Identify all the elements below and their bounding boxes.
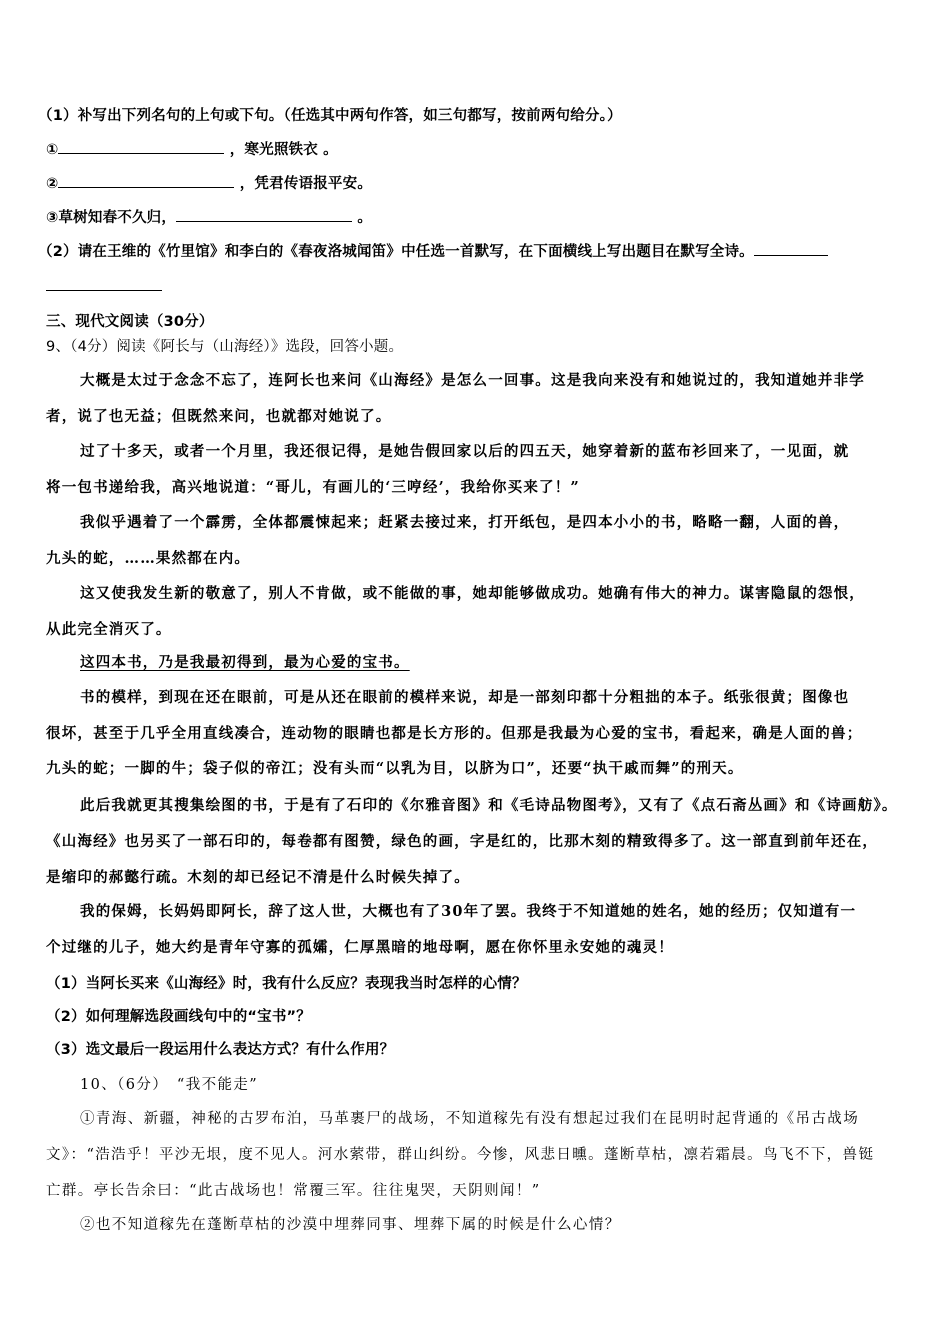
underlined-sentence: 这四本书，乃是我最初得到，最为心爱的宝书。 (80, 651, 410, 672)
answer-blank-3[interactable] (176, 207, 352, 222)
fill-in-item-1: ① ，寒光照铁衣 。 (46, 138, 338, 159)
passage-line: 此后我就更其搜集绘图的书，于是有了石印的《尔雅音图》和《毛诗品物图考》，又有了《… (80, 794, 898, 815)
passage-line: 《山海经》也另买了一部石印的，每卷都有图赞，绿色的画，字是红的，比那木刻的精致得… (46, 830, 878, 851)
passage-line: 九头的蛇；一脚的牛；袋子似的帝江；没有头而“以乳为目，以脐为口”，还要“执干戚而… (46, 757, 744, 778)
q9-subquestion-2: （2）如何理解选段画线句中的“宝书”？ (46, 1005, 311, 1026)
passage-line: 过了十多天，或者一个月里，我还很记得，是她告假回家以后的四五天，她穿着新的蓝布衫… (80, 440, 849, 461)
fill-in-item-3: ③草树知春不久归， 。 (46, 206, 372, 227)
passage-line: 很坏，甚至于几乎全用直线凑合，连动物的眼睛也都是长方形的。但那是我最为心爱的宝书… (46, 722, 862, 743)
passage-line: 我的保姆，长妈妈即阿长，辞了这人世，大概也有了30年了罢。我终于不知道她的姓名，… (80, 900, 856, 921)
item-text: ，寒光照铁衣 。 (224, 142, 337, 158)
fill-in-item-2: ② ，凭君传语报平安。 (46, 172, 372, 193)
passage-line: 文》：“浩浩乎！平沙无垠，度不见人。河水萦带，群山纠纷。今惨，风悲日曛。蓬断草枯… (46, 1143, 874, 1164)
item-number: ① (46, 142, 58, 158)
passage-line: 书的模样，到现在还在眼前，可是从还在眼前的模样来说，却是一部刻印都十分粗拙的本子… (80, 686, 849, 707)
item-text-before: 草树知春不久归， (58, 210, 176, 226)
passage-line: 这又使我发生新的敬意了，别人不肯做，或不能做的事，她却能够做成功。她确有伟大的神… (80, 582, 865, 603)
passage-line: 大概是太过于念念不忘了，连阿长也来问《山海经》是怎么一回事。这是我向来没有和她说… (80, 369, 865, 390)
poem-instruction: （2）请在王维的《竹里馆》和李白的《春夜洛城闻笛》中任选一首默写，在下面横线上写… (38, 240, 828, 261)
q9-subquestion-1: （1）当阿长买来《山海经》时，我有什么反应？表现我当时怎样的心情？ (46, 972, 527, 993)
poem-instruction-text: （2）请在王维的《竹里馆》和李白的《春夜洛城闻笛》中任选一首默写，在下面横线上写… (38, 244, 754, 260)
q9-subquestion-3: （3）选文最后一段运用什么表达方式？有什么作用？ (46, 1038, 394, 1059)
passage-line: 亡群。亭长告余曰：“此古战场也！常覆三军。往往鬼哭，天阴则闻！” (46, 1179, 541, 1200)
item-text: 。 (352, 210, 372, 226)
q10-title: 10、（6分） “我不能走” (80, 1073, 258, 1094)
passage-line: 个过继的儿子，她大约是青年守寡的孤孀，仁厚黑暗的地母啊，愿在你怀里永安她的魂灵！ (46, 936, 674, 957)
passage-line: ①青海、新疆，神秘的古罗布泊，马革裹尸的战场，不知道稼先有没有想起过我们在昆明时… (80, 1107, 859, 1128)
section-heading: 三、现代文阅读（30分） (46, 310, 214, 331)
answer-blank-2[interactable] (58, 173, 234, 188)
passage-line: 从此完全消灭了。 (46, 618, 172, 639)
poem-answer-blank-a[interactable] (754, 241, 828, 256)
fill-in-instruction: （1）补写出下列名句的上句或下句。（任选其中两句作答，如三句都写，按前两句给分。… (38, 104, 622, 125)
passage-line: 将一包书递给我，高兴地说道：“哥儿，有画儿的‘三哼经’，我给你买来了！” (46, 476, 580, 497)
passage-line: 是缩印的郝懿行疏。木刻的却已经记不清是什么时候失掉了。 (46, 866, 470, 887)
passage-line: 九头的蛇，……果然都在内。 (46, 547, 250, 568)
passage-line: 者，说了也无益；但既然来问，也就都对她说了。 (46, 405, 391, 426)
answer-blank-1[interactable] (58, 139, 224, 154)
q9-title: 9、（4分）阅读《阿长与（山海经）》选段，回答小题。 (46, 335, 403, 356)
poem-answer-line (46, 276, 162, 295)
passage-line: ②也不知道稼先在蓬断草枯的沙漠中埋葬同事、埋葬下属的时候是什么心情？ (80, 1213, 621, 1234)
item-text: ，凭君传语报平安。 (234, 176, 372, 192)
item-number: ③ (46, 210, 58, 226)
passage-line: 我似乎遇着了一个霹雳，全体都震悚起来；赶紧去接过来，打开纸包，是四本小小的书，略… (80, 511, 849, 532)
item-number: ② (46, 176, 58, 192)
poem-answer-blank-b[interactable] (46, 276, 162, 291)
